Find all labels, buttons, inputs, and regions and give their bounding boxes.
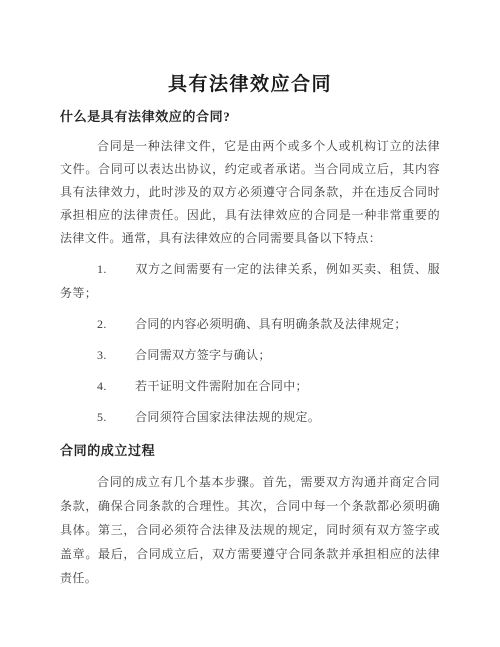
document-page: 具有法律效应合同 什么是具有法律效应的合同? 合同是一种法律文件，它是由两个或多… <box>0 0 500 647</box>
list-item-number: 5. <box>97 405 135 429</box>
list-item-text: 合同须符合国家法律法规的规定。 <box>135 410 320 424</box>
list-item-number: 1. <box>97 257 135 281</box>
formation-paragraph: 合同的成立有几个基本步骤。首先，需要双方沟通并商定合同条款，确保合同条款的合理性… <box>60 470 440 590</box>
list-item: 5.合同须符合国家法律法规的规定。 <box>60 405 440 429</box>
document-title: 具有法律效应合同 <box>60 72 440 98</box>
section-heading-formation-process: 合同的成立过程 <box>60 442 440 460</box>
list-item-text: 合同的内容必须明确、具有明确条款及法律规定； <box>135 317 407 331</box>
list-item-number: 2. <box>97 312 135 336</box>
section-heading-what-is: 什么是具有法律效应的合同? <box>60 108 440 126</box>
list-item-text: 合同需双方签字与确认； <box>135 348 271 362</box>
list-item-number: 4. <box>97 374 135 398</box>
list-item: 2.合同的内容必须明确、具有明确条款及法律规定； <box>60 312 440 336</box>
list-item: 4.若干证明文件需附加在合同中； <box>60 374 440 398</box>
list-item-text: 若干证明文件需附加在合同中； <box>135 379 308 393</box>
list-item-number: 3. <box>97 343 135 367</box>
feature-list: 1.双方之间需要有一定的法律关系，例如买卖、租赁、服务等； 2.合同的内容必须明… <box>60 257 440 429</box>
intro-paragraph: 合同是一种法律文件，它是由两个或多个人或机构订立的法律文件。合同可以表达出协议，… <box>60 135 440 250</box>
list-item: 1.双方之间需要有一定的法律关系，例如买卖、租赁、服务等； <box>60 257 440 305</box>
list-item: 3.合同需双方签字与确认； <box>60 343 440 367</box>
